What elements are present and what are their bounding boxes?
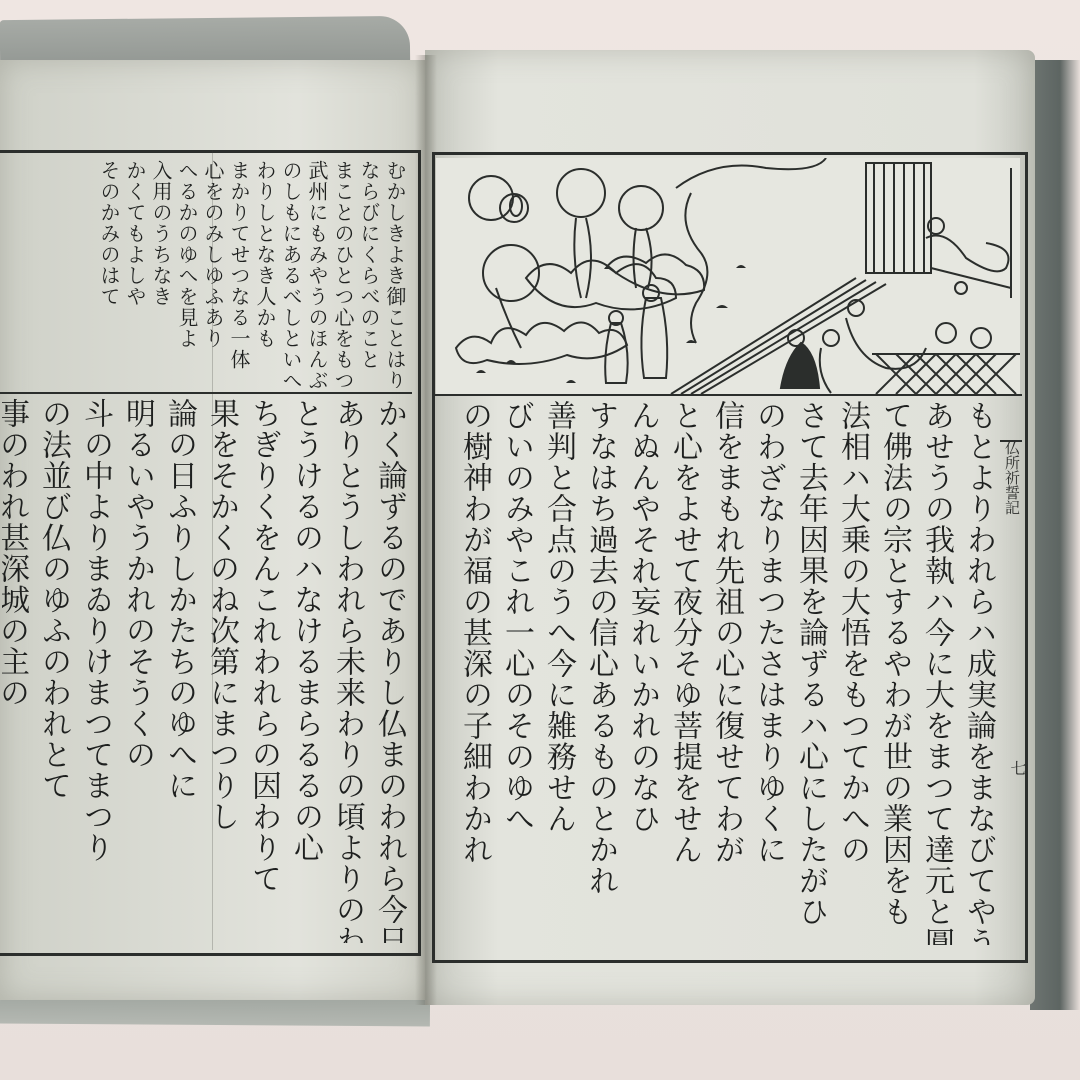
right-page-divider (434, 394, 1022, 396)
book-page-stack-edge (1030, 60, 1080, 1010)
text-column: ならびにくらべのこと (357, 160, 381, 388)
text-column: わりしとなき人かも (253, 160, 277, 388)
text-column: 心をのみしゆふあり (201, 160, 225, 388)
text-column: 武州にもみやうのほんぶ (305, 160, 329, 388)
text-column: 事のわれ甚深城の主の (2, 398, 29, 943)
text-column: の樹神わが福の甚深の子細わかれ (456, 400, 492, 945)
text-column: もとよりわれらハ成実論をまなびてやうし (960, 400, 996, 945)
text-column: 明るいやうかれのそうくの (119, 398, 155, 943)
left-page-lower-text: かく論ずるのでありし仏まのわれら今日 ありとうしわれら未来わりの頃よりのわり と… (2, 398, 407, 943)
text-column: とうけるのハなけるまらるるの心 (287, 398, 323, 943)
text-column: 論の日ふりしかたちのゆへに (161, 398, 197, 943)
left-page-upper-text: むかしきよき御ことはりのこと ならびにくらべのこと まことのひとつ心をもつてうけ… (2, 160, 407, 388)
text-column: びいのみやこれ一心のそのゆへ (498, 400, 534, 945)
text-column: 信をまもれ先祖の心に復せてわが (708, 400, 744, 945)
text-column: のわざなりまつたさはまりゆくに (750, 400, 786, 945)
illustration-drawing (436, 158, 1020, 394)
text-column: へるかのゆへを見よ (175, 160, 199, 388)
text-column: すなはち過去の信心あるものとかれ (582, 400, 618, 945)
text-column: 善判と合点のうへ今に雑務せん (540, 400, 576, 945)
text-column: て佛法の宗とするやわが世の業因をも (876, 400, 912, 945)
text-column: の法並び仏のゆふのわれとて (35, 398, 71, 943)
right-page-text: もとよりわれらハ成実論をまなびてやうし あせうの我執ハ今に大をまつて達元と圓 て… (440, 400, 996, 945)
text-column: あせうの我執ハ今に大をまつて達元と圓 (918, 400, 954, 945)
text-column: まかりてせつなる一体 (227, 160, 251, 388)
text-column: 法相ハ大乗の大悟をもつてかへの (834, 400, 870, 945)
text-column: そのかみのはて (97, 160, 121, 388)
text-column: 入用のうちなき (149, 160, 173, 388)
woodblock-illustration (436, 158, 1020, 394)
text-column: と心をよせて夜分そゆ菩提をせん (666, 400, 702, 945)
text-column: 斗の中よりまゐりけまつてまつり (77, 398, 113, 943)
text-column: 果をそかくのね次第にまつりし (203, 398, 239, 943)
margin-page-number: 七 (1006, 760, 1029, 776)
text-column: のしもにあるべしといへ (279, 160, 303, 388)
text-column: ちぎりくをんこれわれらの因わりて (245, 398, 281, 943)
text-column: かく論ずるのでありし仏まのわれら今日 (371, 398, 407, 943)
margin-chapter-title: 仏所祈誓記 (1003, 440, 1021, 515)
text-column: さて去年因果を論ずるハ心にしたがひ (792, 400, 828, 945)
text-column: かくてもよしや (123, 160, 147, 388)
text-column: まことのひとつ心をもつてうけ (331, 160, 355, 388)
text-column: むかしきよき御ことはりのこと (383, 160, 407, 388)
left-page-divider (0, 392, 412, 394)
text-column: んぬんやそれ妄れいかれのなひ (624, 400, 660, 945)
text-column: ありとうしわれら未来わりの頃よりのわり (329, 398, 365, 943)
